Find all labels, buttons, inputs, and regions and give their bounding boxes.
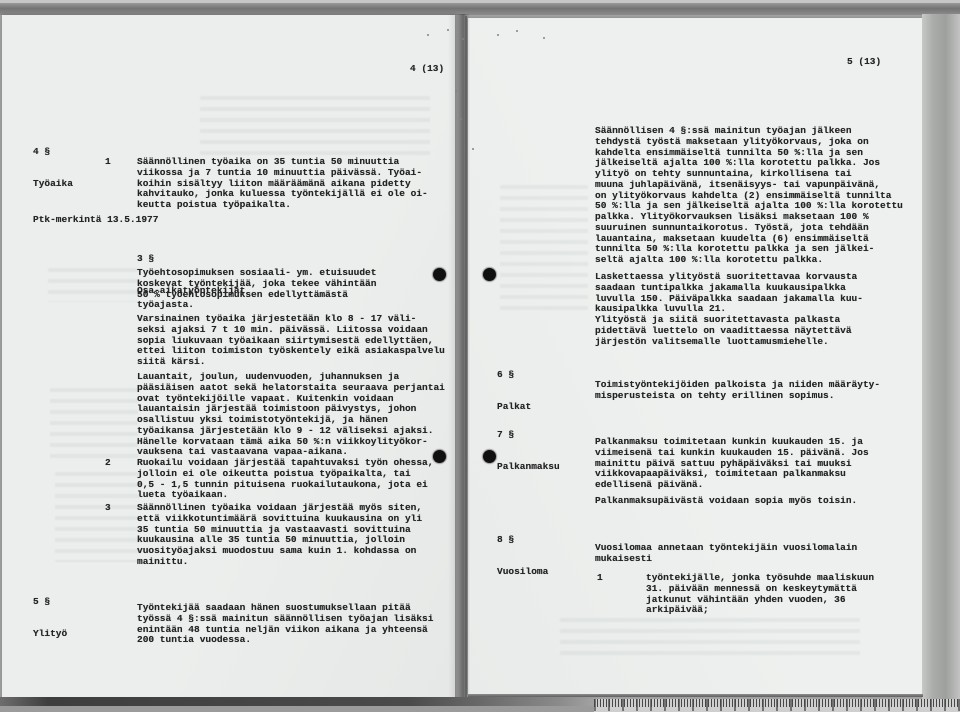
section-4-title: Työaika: [33, 179, 73, 190]
clause-2-text: Ruokailu voidaan järjestää tapahtuvaksi …: [137, 458, 433, 501]
scan-top-bar: [0, 3, 960, 15]
section-6-label: 6 §: [497, 370, 531, 381]
section-4-label: 4 §: [33, 147, 73, 158]
scan-speck: [472, 148, 474, 150]
page-spine-line: [465, 16, 467, 704]
scan-speck: [462, 38, 464, 40]
clause-number: 2: [105, 458, 111, 469]
bleed-through-ghost: [48, 268, 138, 302]
scanned-document: 4 (13) 4 § Työaika 1 Säännöllinen työaik…: [0, 0, 960, 712]
paragraph-overtime-pay: Säännöllisen 4 §:ssä mainitun työajan jä…: [595, 126, 903, 266]
clause-number: 1: [597, 573, 603, 584]
punch-hole: [433, 268, 446, 281]
punch-hole: [483, 450, 496, 463]
punch-hole: [483, 268, 496, 281]
paragraph-overtime-record: Ylityöstä ja siitä suoritettavasta palka…: [595, 315, 852, 347]
paragraph-pay-calculation: Laskettaessa ylityöstä suoritettavaa kor…: [595, 272, 863, 315]
section-4-heading: 4 § Työaika: [33, 125, 73, 211]
holiday-clause-1-text: työntekijälle, jonka työsuhde maaliskuun…: [646, 573, 874, 616]
right-page-number: 5 (13): [847, 57, 881, 68]
clause-number: 1: [105, 157, 111, 168]
clause-number: 3: [105, 503, 111, 514]
scan-speck: [455, 90, 457, 92]
paragraph-annual-holiday: Vuosilomaa annetaan työntekijäin vuosilo…: [595, 543, 857, 565]
scan-speck: [460, 118, 462, 120]
scan-speck: [543, 37, 545, 39]
section-7-heading: 7 § Palkanmaksu: [497, 408, 560, 494]
paragraph-salaries: Toimistyöntekijöiden palkoista ja niiden…: [595, 380, 880, 402]
paragraph-payday-agreement: Palkanmaksupäivästä voidaan sopia myös t…: [595, 496, 857, 507]
paragraph-working-hours: Varsinainen työaika järjestetään klo 8 -…: [137, 314, 445, 368]
section-8-title: Vuosiloma: [497, 567, 548, 578]
section-5-label: 5 §: [33, 597, 67, 608]
paragraph-overtime-limit: Työntekijää saadaan hänen suostumuksella…: [137, 603, 433, 646]
section-7-label: 7 §: [497, 430, 560, 441]
section-8-label: 8 §: [497, 535, 548, 546]
paragraph-payday: Palkanmaksu toimitetaan kunkin kuukauden…: [595, 437, 869, 491]
section-3-label: 3 §: [137, 254, 245, 265]
film-edge-ruler: [594, 699, 960, 712]
left-page-bottom-shadow: [0, 697, 600, 706]
section-5-title: Ylityö: [33, 629, 67, 640]
section-8-heading: 8 § Vuosiloma: [497, 513, 548, 599]
paragraph-social-benefits: Työehtosopimuksen sosiaali- ym. etuisuud…: [137, 268, 376, 311]
clause-3-text: Säännöllinen työaika voidaan järjestää m…: [137, 503, 422, 568]
scan-speck: [516, 30, 518, 32]
scan-speck: [497, 34, 499, 36]
bleed-through-ghost: [50, 388, 138, 460]
section-7-title: Palkanmaksu: [497, 462, 560, 473]
ptk-note: Ptk-merkintä 13.5.1977: [33, 215, 158, 226]
bleed-through-ghost: [55, 472, 140, 562]
bleed-through-ghost: [200, 96, 430, 156]
paragraph-saturdays: Lauantait, joulun, uudenvuoden, juhannuk…: [137, 372, 445, 458]
bleed-through-ghost: [500, 185, 588, 310]
page-right-edge-shadow: [922, 14, 960, 712]
bleed-through-ghost: [560, 618, 860, 658]
scan-bottom-strip: [0, 706, 600, 712]
left-page-number: 4 (13): [410, 64, 444, 75]
scan-speck: [447, 29, 449, 31]
scan-speck: [427, 34, 429, 36]
clause-1-text: Säännöllinen työaika on 35 tuntia 50 min…: [137, 157, 428, 211]
section-5-heading: 5 § Ylityö: [33, 575, 67, 661]
